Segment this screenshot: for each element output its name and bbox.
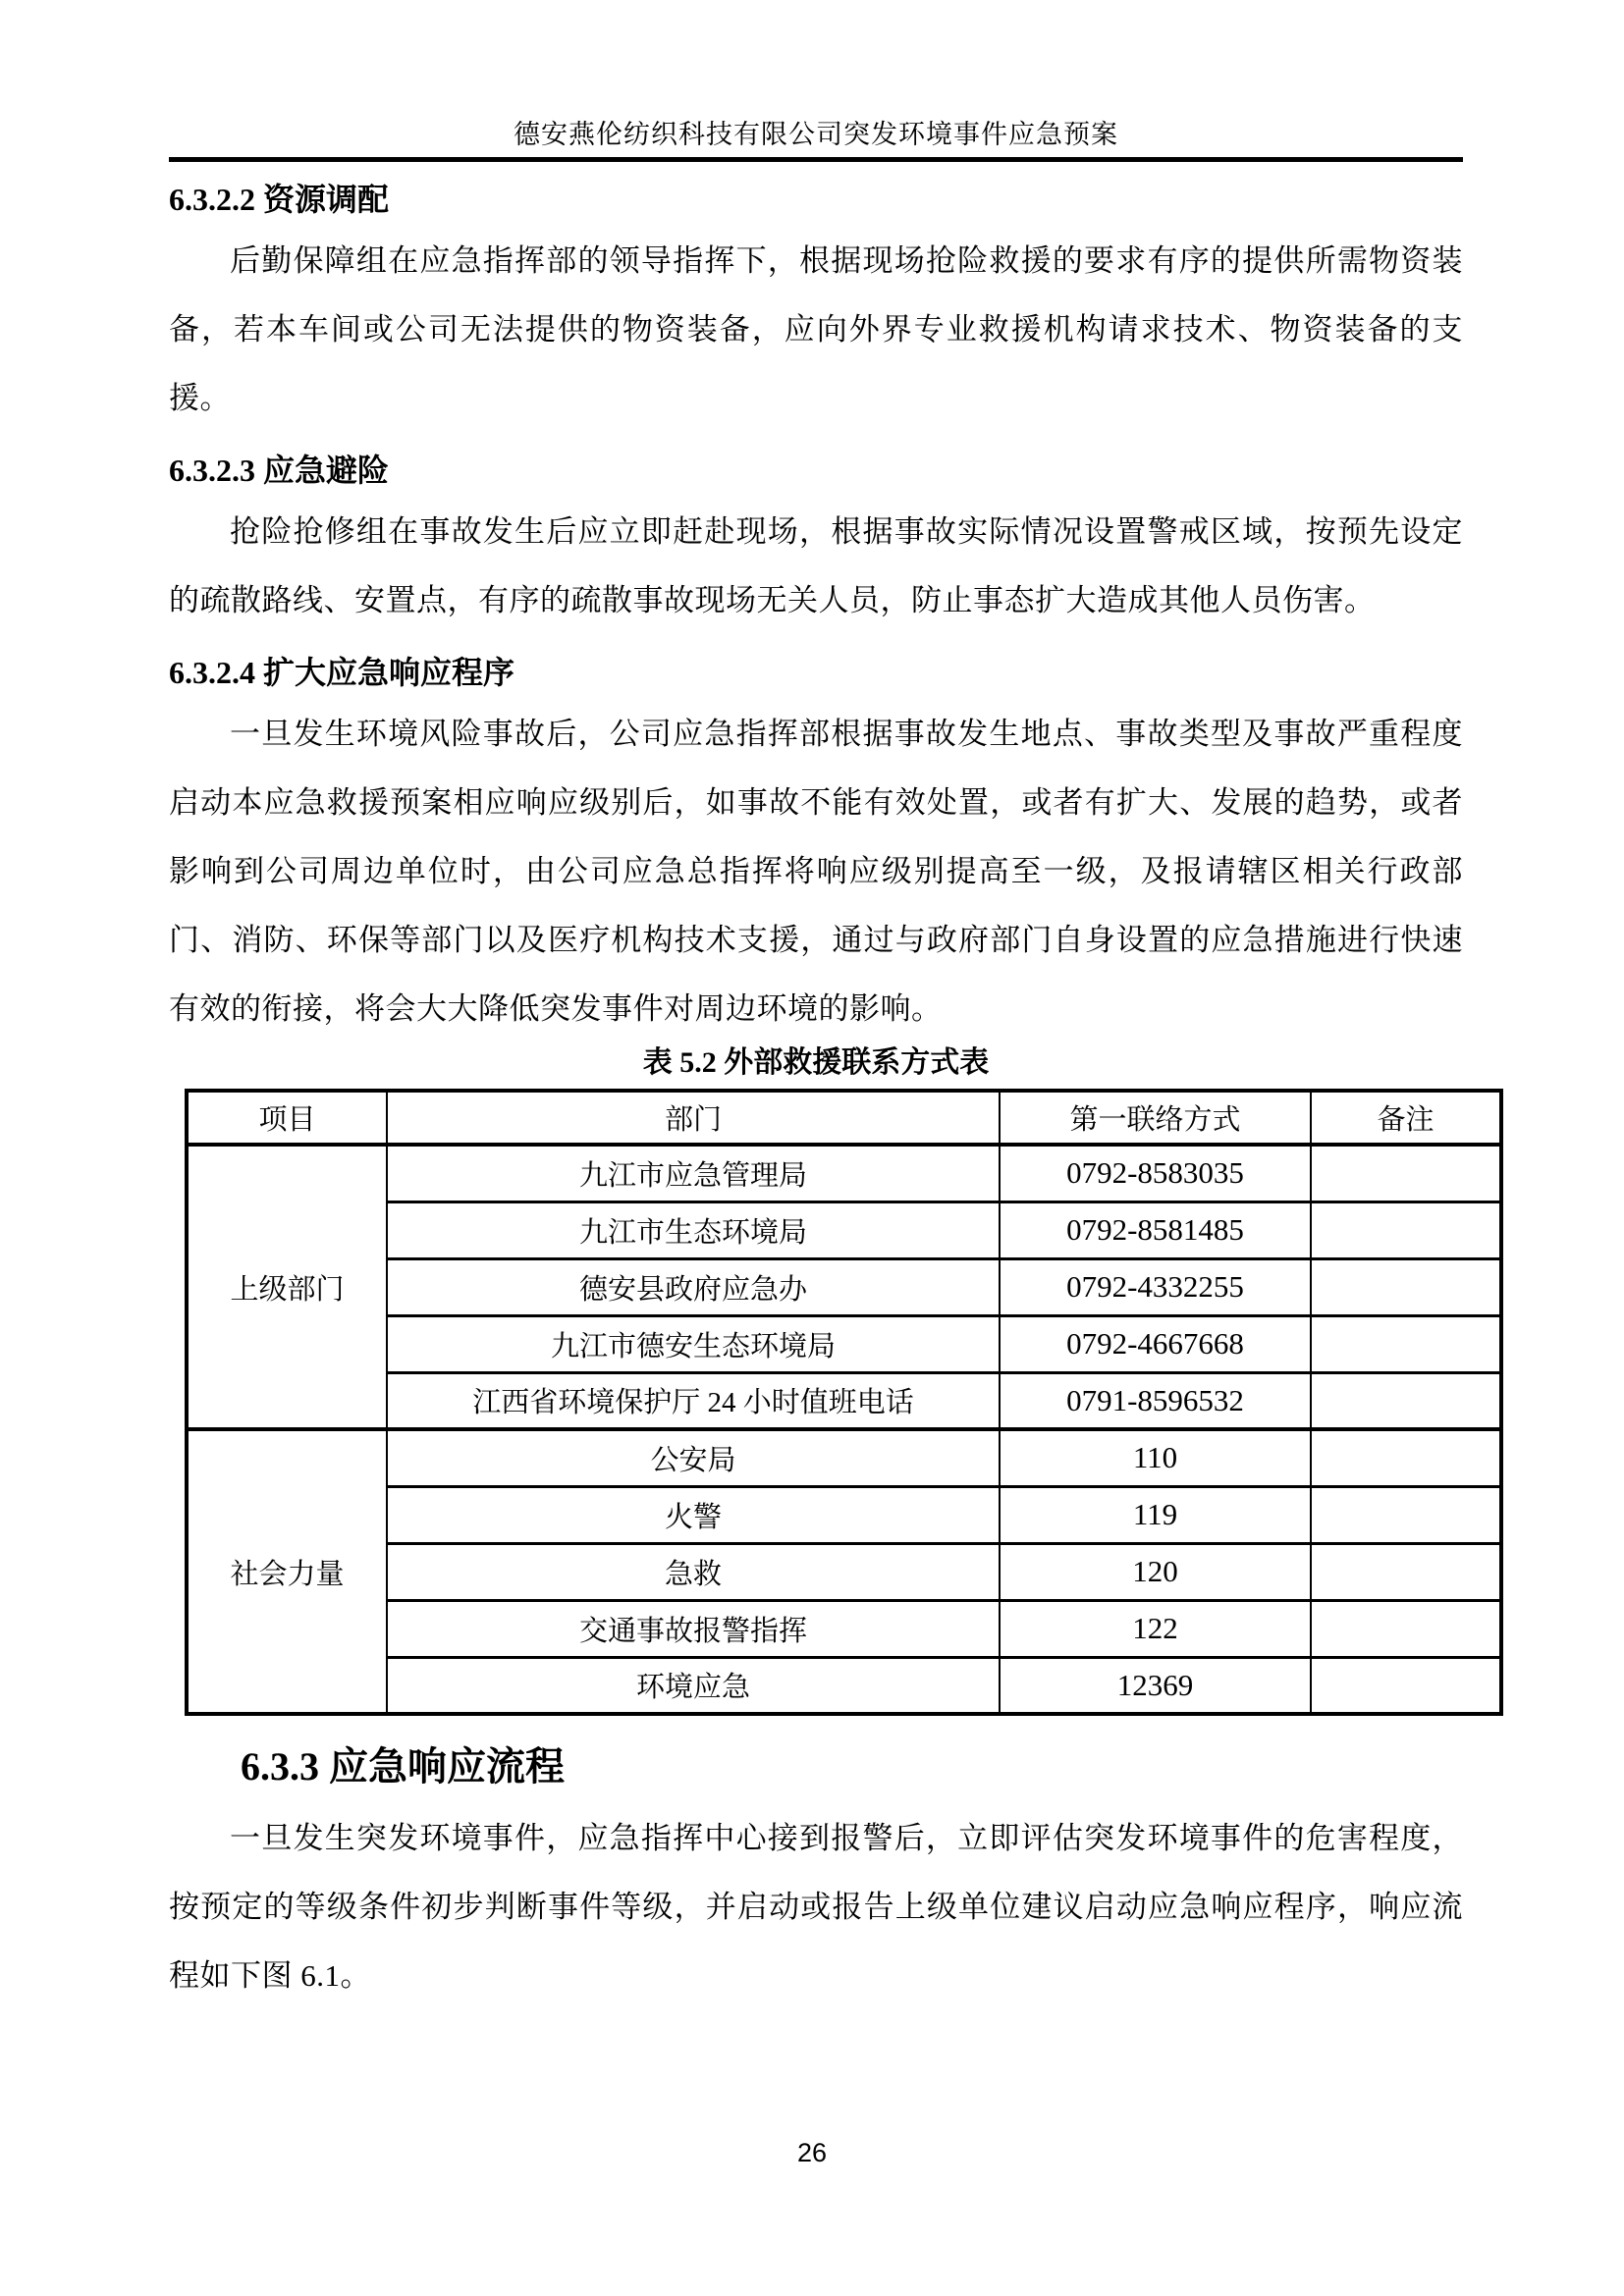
- category-cell-superior: 上级部门: [187, 1145, 387, 1429]
- contact-cell: 12369: [1000, 1657, 1311, 1714]
- paragraph-emergency-avoidance: 抢险抢修组在事故发生后应立即赶赴现场，根据事故实际情况设置警戒区域，按预先设定的…: [169, 498, 1463, 635]
- contact-cell: 0792-8583035: [1000, 1145, 1311, 1201]
- note-cell: [1311, 1258, 1501, 1315]
- note-cell: [1311, 1600, 1501, 1657]
- col-header-item: 项目: [187, 1091, 387, 1145]
- dept-cell: 火警: [387, 1486, 1000, 1543]
- contact-cell: 110: [1000, 1429, 1311, 1486]
- contact-cell: 0792-4332255: [1000, 1258, 1311, 1315]
- section-heading-6-3-3: 6.3.3 应急响应流程: [241, 1739, 1463, 1794]
- dept-cell: 九江市生态环境局: [387, 1201, 1000, 1258]
- note-cell: [1311, 1486, 1501, 1543]
- section-heading-6-3-2-3: 6.3.2.3 应急避险: [169, 449, 1463, 492]
- table-header-row: 项目 部门 第一联络方式 备注: [187, 1091, 1501, 1145]
- section-heading-6-3-2-4: 6.3.2.4 扩大应急响应程序: [169, 651, 1463, 694]
- document-page: 德安燕伦纺织科技有限公司突发环境事件应急预案 6.3.2.2 资源调配 后勤保障…: [0, 0, 1624, 2296]
- contact-cell: 120: [1000, 1543, 1311, 1600]
- page-header: 德安燕伦纺织科技有限公司突发环境事件应急预案: [169, 0, 1463, 162]
- table-row: 上级部门 九江市应急管理局 0792-8583035: [187, 1145, 1501, 1201]
- header-title: 德安燕伦纺织科技有限公司突发环境事件应急预案: [169, 118, 1463, 151]
- col-header-department: 部门: [387, 1091, 1000, 1145]
- note-cell: [1311, 1657, 1501, 1714]
- note-cell: [1311, 1429, 1501, 1486]
- note-cell: [1311, 1543, 1501, 1600]
- col-header-contact: 第一联络方式: [1000, 1091, 1311, 1145]
- dept-cell: 公安局: [387, 1429, 1000, 1486]
- table-caption: 表 5.2 外部救援联系方式表: [169, 1043, 1463, 1083]
- paragraph-resource-allocation: 后勤保障组在应急指挥部的领导指挥下，根据现场抢险救援的要求有序的提供所需物资装备…: [169, 227, 1463, 433]
- note-cell: [1311, 1145, 1501, 1201]
- note-cell: [1311, 1201, 1501, 1258]
- contact-cell: 0792-4667668: [1000, 1315, 1311, 1372]
- col-header-note: 备注: [1311, 1091, 1501, 1145]
- paragraph-response-flow: 一旦发生突发环境事件，应急指挥中心接到报警后，立即评估突发环境事件的危害程度，按…: [169, 1804, 1463, 2010]
- contact-cell: 122: [1000, 1600, 1311, 1657]
- dept-cell: 交通事故报警指挥: [387, 1600, 1000, 1657]
- table-row: 社会力量 公安局 110: [187, 1429, 1501, 1486]
- note-cell: [1311, 1372, 1501, 1429]
- contact-cell: 0792-8581485: [1000, 1201, 1311, 1258]
- paragraph-expanded-response: 一旦发生环境风险事故后，公司应急指挥部根据事故发生地点、事故类型及事故严重程度启…: [169, 700, 1463, 1043]
- category-cell-social: 社会力量: [187, 1429, 387, 1714]
- dept-cell: 德安县政府应急办: [387, 1258, 1000, 1315]
- contact-cell: 119: [1000, 1486, 1311, 1543]
- dept-cell: 江西省环境保护厅 24 小时值班电话: [387, 1372, 1000, 1429]
- section-heading-6-3-2-2: 6.3.2.2 资源调配: [169, 178, 1463, 221]
- contact-cell: 0791-8596532: [1000, 1372, 1311, 1429]
- page-number: 26: [0, 2138, 1624, 2168]
- external-rescue-contact-table: 项目 部门 第一联络方式 备注 上级部门 九江市应急管理局 0792-85830…: [185, 1089, 1503, 1716]
- dept-cell: 九江市应急管理局: [387, 1145, 1000, 1201]
- dept-cell: 环境应急: [387, 1657, 1000, 1714]
- dept-cell: 九江市德安生态环境局: [387, 1315, 1000, 1372]
- note-cell: [1311, 1315, 1501, 1372]
- dept-cell: 急救: [387, 1543, 1000, 1600]
